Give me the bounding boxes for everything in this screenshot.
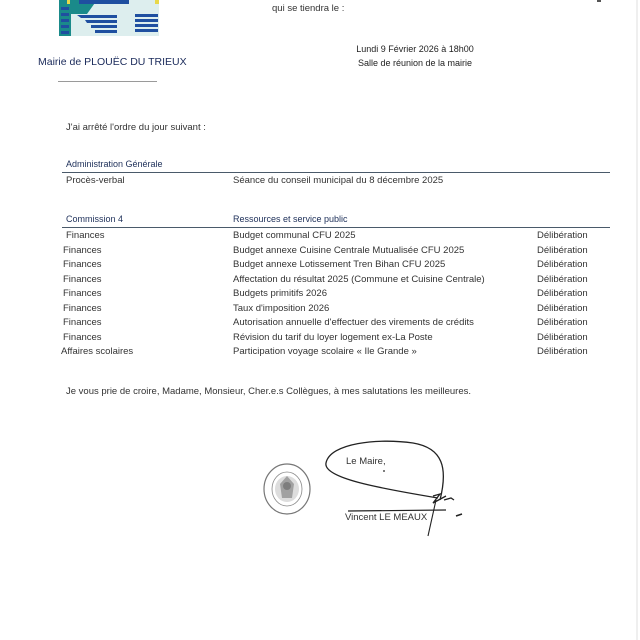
agenda-subject: Taux d'imposition 2026 [233,303,329,314]
agenda-subject: Séance du conseil municipal du 8 décembr… [233,175,443,186]
section-heading-commission: Commission 4 [66,214,123,224]
agenda-subject: Révision du tarif du loyer logement ex-L… [233,332,433,343]
agenda-category: Finances [63,303,102,314]
agenda-subject: Autorisation annuelle d'effectuer des vi… [233,317,474,328]
agenda-type: Délibération [537,303,588,314]
divider [58,81,157,82]
agenda-subject: Budget annexe Lotissement Tren Bihan CFU… [233,259,445,270]
intro-fragment: qui se tiendra le : [272,3,344,14]
agenda-category: Finances [63,317,102,328]
meeting-date: Lundi 9 Février 2026 à 18h00 [330,42,500,56]
section-rule [62,227,610,228]
agenda-category: Finances [63,332,102,343]
agenda-type: Délibération [537,317,588,328]
agenda-subject: Budgets primitifs 2026 [233,288,327,299]
section-subheading: Ressources et service public [233,214,348,224]
agenda-type: Délibération [537,230,588,241]
agenda-category: Finances [63,288,102,299]
agenda-subject: Affectation du résultat 2025 (Commune et… [233,274,485,285]
agenda-type: Délibération [537,245,588,256]
section-heading-administration: Administration Générale [66,159,163,169]
agenda-subject: Budget annexe Cuisine Centrale Mutualisé… [233,245,464,256]
order-intro: J'ai arrêté l'ordre du jour suivant : [66,122,206,133]
scan-mark [597,0,601,2]
agenda-category: Finances [63,259,102,270]
municipality-name: Mairie de PLOUËC DU TRIEUX [38,56,187,68]
agenda-subject: Budget communal CFU 2025 [233,230,356,241]
agenda-category: Finances [63,274,102,285]
agenda-category: Affaires scolaires [61,346,133,357]
agenda-type: Délibération [537,259,588,270]
official-seal-icon [262,462,312,517]
signatory-title: Le Maire, [346,456,386,467]
agenda-type: Délibération [537,332,588,343]
agenda-category: Procès-verbal [66,175,125,186]
meeting-place: Salle de réunion de la mairie [330,56,500,70]
closing-salutation: Je vous prie de croire, Madame, Monsieur… [66,386,471,397]
agenda-type: Délibération [537,346,588,357]
meeting-info: Lundi 9 Février 2026 à 18h00 Salle de ré… [330,42,500,70]
section-rule [62,172,610,173]
agenda-type: Délibération [537,288,588,299]
handwritten-signature-icon [318,438,478,538]
page-edge [636,0,638,640]
agenda-subject: Participation voyage scolaire « Ile Gran… [233,346,417,357]
signatory-name: Vincent LE MEAUX [345,512,427,523]
agenda-category: Finances [63,245,102,256]
municipality-logo-icon [57,0,160,36]
agenda-category: Finances [66,230,105,241]
agenda-type: Délibération [537,274,588,285]
